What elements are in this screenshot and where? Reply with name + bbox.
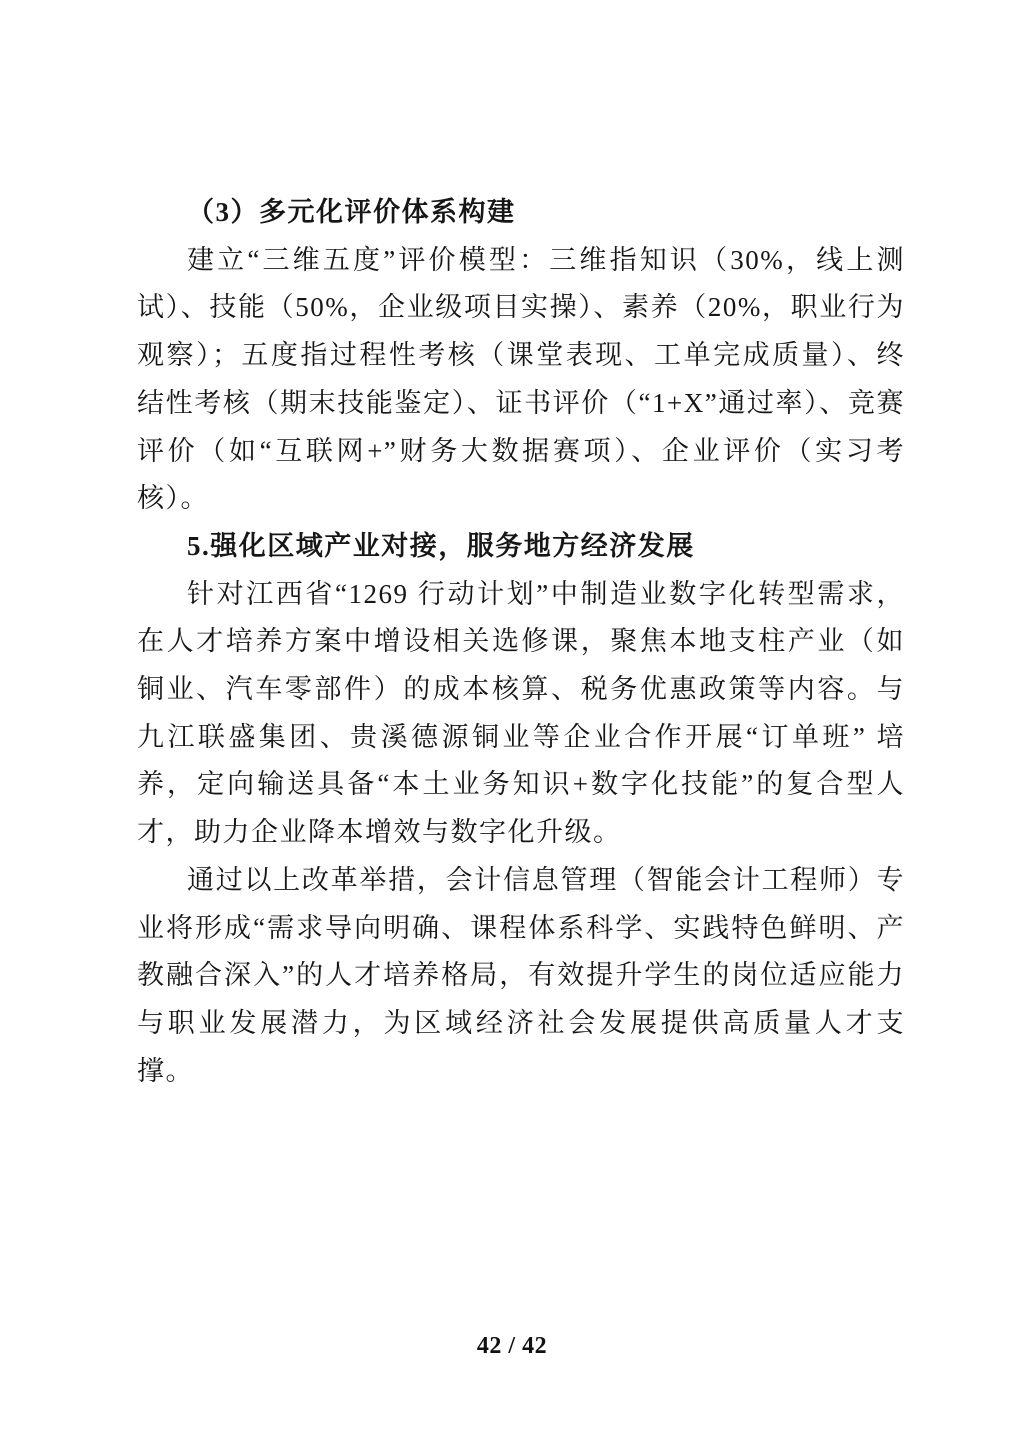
paragraph-regional-industry: 针对江西省“1269 行动计划”中制造业数字化转型需求，在人才培养方案中增设相关…	[137, 571, 905, 857]
document-page: （3）多元化评价体系构建 建立“三维五度”评价模型：三维指知识（30%，线上测试…	[0, 0, 1024, 1448]
section-heading-evaluation-system: （3）多元化评价体系构建	[137, 189, 905, 237]
page-number: 42 / 42	[0, 1331, 1024, 1361]
paragraph-evaluation-model: 建立“三维五度”评价模型：三维指知识（30%，线上测试）、技能（50%，企业级项…	[137, 237, 905, 523]
document-body: （3）多元化评价体系构建 建立“三维五度”评价模型：三维指知识（30%，线上测试…	[137, 189, 905, 1095]
paragraph-reform-summary: 通过以上改革举措，会计信息管理（智能会计工程师）专业将形成“需求导向明确、课程体…	[137, 857, 905, 1096]
section-heading-regional-industry: 5.强化区域产业对接，服务地方经济发展	[137, 523, 905, 571]
